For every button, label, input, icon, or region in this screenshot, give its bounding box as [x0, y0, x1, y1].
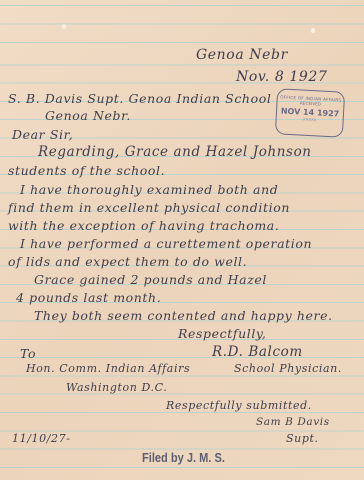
forward-title: Supt.: [286, 432, 319, 445]
forward-closing: Respectfully submitted.: [166, 399, 312, 412]
to-line1: Hon. Comm. Indian Affairs: [26, 362, 190, 375]
filed-stamp: Filed by J. M. S.: [142, 450, 225, 465]
paper-mark: [62, 24, 66, 29]
body-line: find them in excellent physical conditio…: [8, 200, 290, 215]
addressee-line2: Genoa Nebr.: [45, 108, 131, 123]
body-line: Grace gained 2 pounds and Hazel: [34, 272, 267, 287]
letter-place: Genoa Nebr: [196, 47, 288, 63]
salutation: Dear Sir,: [12, 127, 73, 142]
signature: R.D. Balcom: [212, 344, 303, 360]
addressee-line1: S. B. Davis Supt. Genoa Indian School: [8, 91, 271, 106]
body-line: I have performed a curettement operation: [20, 236, 312, 251]
letter-date: Nov. 8 1927: [236, 69, 327, 85]
paper-mark: [311, 28, 315, 33]
body-line: They both seem contented and happy here.: [34, 308, 333, 323]
forward-date: 11/10/27-: [12, 432, 71, 445]
body-line: students of the school.: [8, 163, 165, 178]
letter-page: Genoa Nebr Nov. 8 1927 S. B. Davis Supt.…: [0, 0, 364, 480]
to-label: To: [20, 346, 36, 361]
signature-title: School Physician.: [234, 362, 342, 375]
to-line2: Washington D.C.: [66, 381, 167, 394]
body-line: Regarding, Grace and Hazel Johnson: [38, 144, 312, 160]
body-line: with the exception of having trachoma.: [8, 218, 279, 233]
forward-signature: Sam B Davis: [256, 416, 330, 428]
body-line: of lids and expect them to do well.: [8, 254, 247, 269]
body-line: I have thoroughly examined both and: [20, 182, 278, 197]
received-stamp: OFFICE OF INDIAN AFFAIRS RECEIVED NOV 14…: [275, 88, 345, 137]
closing: Respectfully,: [178, 326, 267, 341]
body-line: 4 pounds last month.: [16, 290, 161, 305]
